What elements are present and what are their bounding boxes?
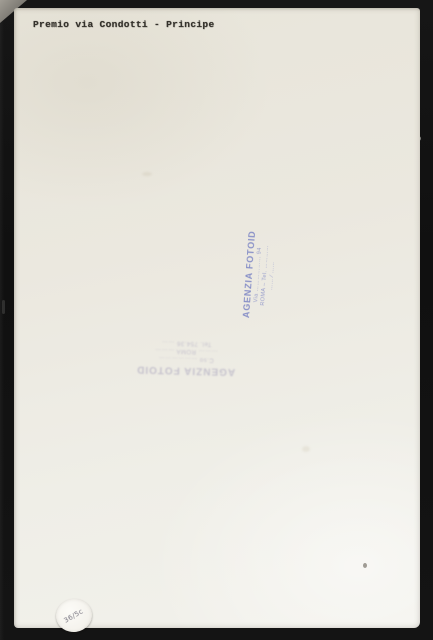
typewritten-caption: Premio via Condotti - Principe xyxy=(33,19,215,30)
photo-back-paper: Premio via Condotti - Principe AGENZIA F… xyxy=(14,8,420,628)
paper-speck xyxy=(363,563,367,568)
agency-ink-stamp: AGENZIA FOTOID Via ……………… 94 ROMA – Tel.… xyxy=(240,211,281,339)
sticker-label: 36/5c xyxy=(63,607,85,624)
paper-stain xyxy=(302,446,310,452)
transfer-ink-stamp: AGENZIA FOTOID C.so ……………… ……… ROMA ……… … xyxy=(108,337,265,379)
frame-speck xyxy=(2,300,5,314)
paper-stain xyxy=(142,172,152,176)
